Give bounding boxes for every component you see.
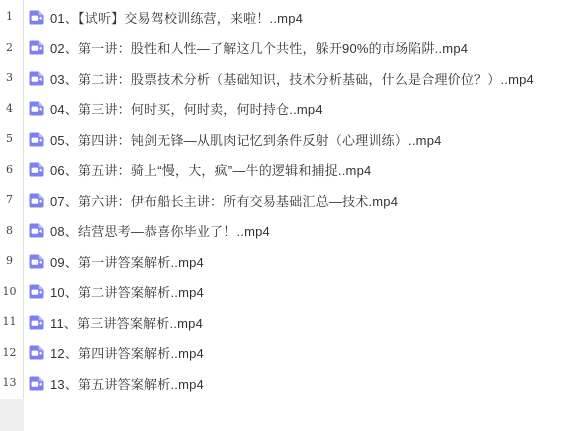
- line-number: 11: [0, 307, 23, 338]
- line-number: 10: [0, 277, 23, 308]
- list-item[interactable]: 08、结营思考—恭喜你毕业了！..mp4: [24, 216, 564, 247]
- video-file-icon: [29, 223, 44, 238]
- list-item[interactable]: 04、第三讲：何时买，何时卖，何时持仓..mp4: [24, 94, 564, 125]
- line-number-gutter: 1 2 3 4 5 6 7 8 9 10 11 12 13: [0, 0, 24, 401]
- file-title: 04、第三讲：何时买，何时卖，何时持仓..mp4: [50, 99, 323, 118]
- file-title: 12、第四讲答案解析..mp4: [50, 343, 204, 362]
- file-title: 01、【试听】交易驾校训练营，来啦！..mp4: [50, 8, 303, 27]
- video-file-icon: [29, 132, 44, 147]
- line-number: 9: [0, 246, 23, 277]
- list-item[interactable]: 05、第四讲：钝剑无锋—从肌肉记忆到条件反射（心理训练）..mp4: [24, 124, 564, 155]
- video-file-icon: [29, 376, 44, 391]
- list-item[interactable]: 13、第五讲答案解析..mp4: [24, 368, 564, 399]
- video-file-icon: [29, 40, 44, 55]
- list-item[interactable]: 09、第一讲答案解析..mp4: [24, 246, 564, 277]
- file-title: 10、第二讲答案解析..mp4: [50, 282, 204, 301]
- file-title: 06、第五讲：骑上“慢，大，疯”—牛的逻辑和捕捉..mp4: [50, 160, 371, 179]
- line-number: 1: [0, 2, 23, 33]
- line-number: 5: [0, 124, 23, 155]
- list-item[interactable]: 10、第二讲答案解析..mp4: [24, 277, 564, 308]
- file-title: 07、第六讲：伊布船长主讲：所有交易基础汇总—技术.mp4: [50, 191, 398, 210]
- line-number: 7: [0, 185, 23, 216]
- video-file-icon: [29, 162, 44, 177]
- video-file-icon: [29, 10, 44, 25]
- list-item[interactable]: 07、第六讲：伊布船长主讲：所有交易基础汇总—技术.mp4: [24, 185, 564, 216]
- file-list: 01、【试听】交易驾校训练营，来啦！..mp4 02、第一讲：股性和人性—了解这…: [24, 0, 564, 399]
- gutter-tail: [0, 399, 24, 431]
- file-title: 03、第二讲：股票技术分析（基础知识，技术分析基础，什么是合理价位？）..mp4: [50, 69, 534, 88]
- list-item[interactable]: 11、第三讲答案解析..mp4: [24, 307, 564, 338]
- line-number: 3: [0, 63, 23, 94]
- file-title: 11、第三讲答案解析..mp4: [50, 313, 203, 332]
- line-number: 12: [0, 338, 23, 369]
- file-title: 05、第四讲：钝剑无锋—从肌肉记忆到条件反射（心理训练）..mp4: [50, 130, 442, 149]
- video-file-icon: [29, 71, 44, 86]
- video-file-icon: [29, 254, 44, 269]
- list-item[interactable]: 03、第二讲：股票技术分析（基础知识，技术分析基础，什么是合理价位？）..mp4: [24, 63, 564, 94]
- video-file-icon: [29, 101, 44, 116]
- video-file-icon: [29, 284, 44, 299]
- line-number: 6: [0, 155, 23, 186]
- video-file-icon: [29, 193, 44, 208]
- file-title: 09、第一讲答案解析..mp4: [50, 252, 204, 271]
- line-number: 4: [0, 94, 23, 125]
- line-number: 13: [0, 368, 23, 399]
- list-item[interactable]: 01、【试听】交易驾校训练营，来啦！..mp4: [24, 2, 564, 33]
- list-item[interactable]: 02、第一讲：股性和人性—了解这几个共性，躲开90%的市场陷阱..mp4: [24, 33, 564, 64]
- file-title: 02、第一讲：股性和人性—了解这几个共性，躲开90%的市场陷阱..mp4: [50, 38, 468, 57]
- file-list-panel: 1 2 3 4 5 6 7 8 9 10 11 12 13 01、【试听】交易驾…: [0, 0, 564, 431]
- list-item[interactable]: 12、第四讲答案解析..mp4: [24, 338, 564, 369]
- file-title: 13、第五讲答案解析..mp4: [50, 374, 204, 393]
- line-number: 2: [0, 33, 23, 64]
- video-file-icon: [29, 315, 44, 330]
- video-file-icon: [29, 345, 44, 360]
- file-title: 08、结营思考—恭喜你毕业了！..mp4: [50, 221, 270, 240]
- list-item[interactable]: 06、第五讲：骑上“慢，大，疯”—牛的逻辑和捕捉..mp4: [24, 155, 564, 186]
- line-number: 8: [0, 216, 23, 247]
